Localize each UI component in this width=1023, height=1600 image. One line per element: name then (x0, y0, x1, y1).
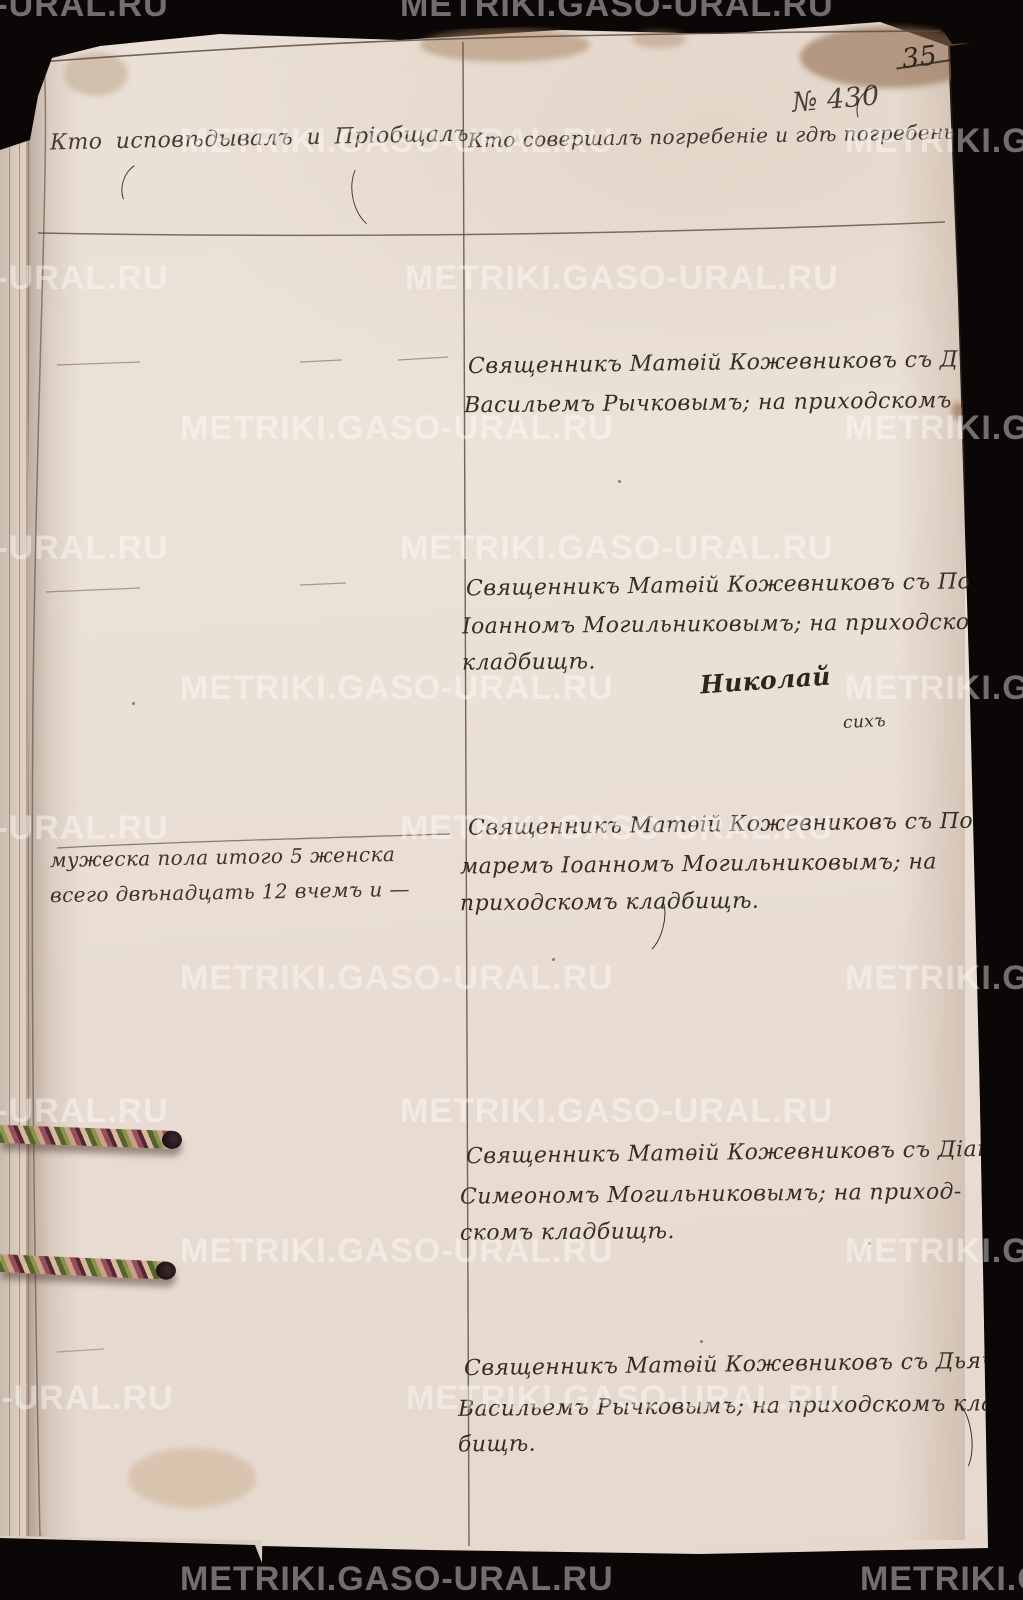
burial-entry-line: кладбищѣ. (462, 649, 596, 675)
row-separator-line (57, 1349, 104, 1352)
burial-entry-line: Симеономъ Могильниковымъ; на приход- (460, 1179, 962, 1209)
column-divider-line (463, 42, 469, 1546)
burial-entry-line: маремъ Іоанномъ Могильниковымъ; на (460, 850, 937, 880)
row-separator-line (57, 357, 448, 365)
burial-entry-line: скомъ кладбищѣ. (460, 1219, 675, 1246)
burial-entry-line: Іоанномъ Могильниковымъ; на приходскомъ (462, 610, 1003, 640)
table-top-line (40, 31, 940, 62)
gutter-crease-line (32, 62, 45, 1538)
row-separator-line (46, 583, 346, 592)
header-bottom-line (38, 222, 945, 235)
book-photo: 35 Кто исповѣдывалъ и Пріобщалъ. Кто сов… (0, 0, 1023, 1600)
burial-entry-line: бищѣ. (458, 1432, 536, 1458)
margin-note: сихъ (843, 711, 887, 733)
burial-entry-line: приходскомъ кладбищѣ. (460, 889, 759, 917)
page-number: 35 (900, 40, 939, 75)
